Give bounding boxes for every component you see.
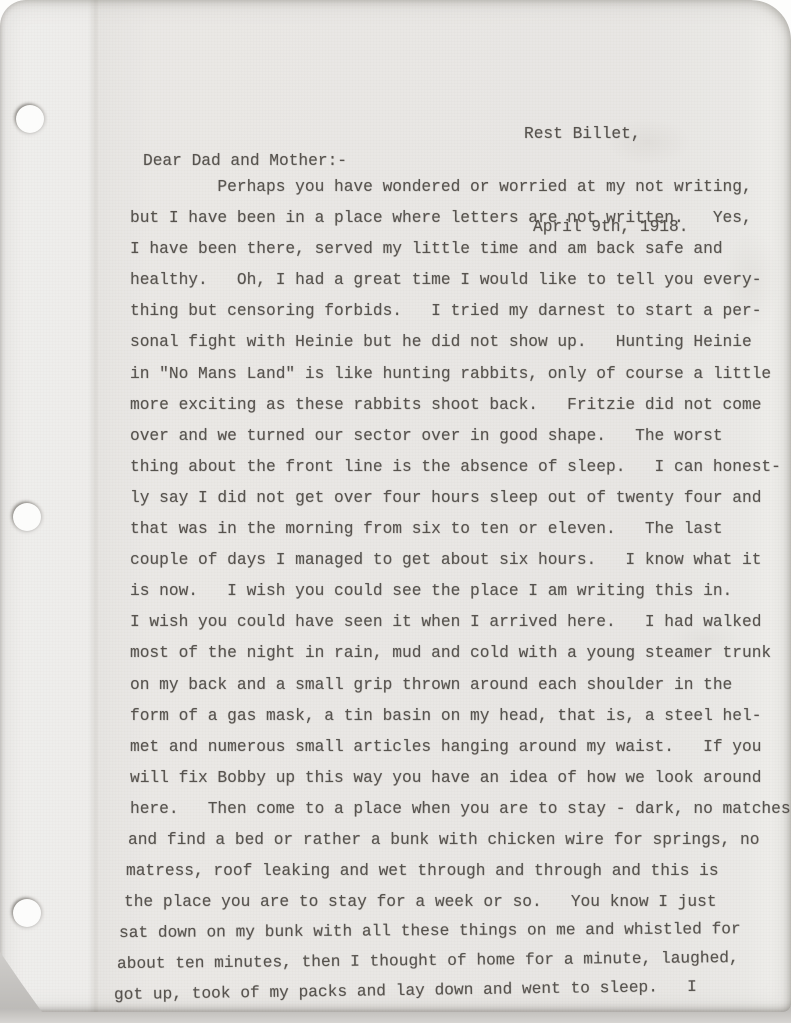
letter-line: will fix Bobby up this way you have an i…	[130, 763, 791, 794]
letter-body: Perhaps you have wondered or worried at …	[130, 172, 791, 1012]
letter-line: thing but censoring forbids. I tried my …	[130, 296, 791, 327]
letter-line: matress, roof leaking and wet through an…	[126, 856, 791, 887]
punch-hole-bottom	[13, 899, 41, 927]
punch-hole-middle	[13, 503, 41, 531]
letter-line: couple of days I managed to get about si…	[130, 545, 791, 576]
letter-line: and find a bed or rather a bunk with chi…	[128, 825, 791, 856]
letter-line: I have been there, served my little time…	[130, 234, 791, 265]
letter-line: on my back and a small grip thrown aroun…	[130, 670, 791, 701]
letter-line: form of a gas mask, a tin basin on my he…	[130, 701, 791, 732]
letter-line: Perhaps you have wondered or worried at …	[130, 172, 791, 203]
letter-line: met and numerous small articles hanging …	[130, 732, 791, 763]
place-line: Rest Billet,	[524, 119, 688, 150]
letter-line: here. Then come to a place when you are …	[130, 794, 791, 825]
letter-line: over and we turned our sector over in go…	[130, 421, 791, 452]
letter-page: Rest Billet, April 9th, 1918. Dear Dad a…	[0, 0, 791, 1012]
punch-hole-top	[16, 105, 44, 133]
letter-line: most of the night in rain, mud and cold …	[130, 638, 791, 669]
letter-line: that was in the morning from six to ten …	[130, 514, 791, 545]
letter-line: ly say I did not get over four hours sle…	[130, 483, 791, 514]
letter-line: in "No Mans Land" is like hunting rabbit…	[130, 359, 791, 390]
letter-line: I wish you could have seen it when I arr…	[130, 607, 791, 638]
letter-line: sonal fight with Heinie but he did not s…	[130, 327, 791, 358]
letter-line: healthy. Oh, I had a great time I would …	[130, 265, 791, 296]
letter-line: thing about the front line is the absenc…	[130, 452, 791, 483]
letter-line: more exciting as these rabbits shoot bac…	[130, 390, 791, 421]
letter-line: is now. I wish you could see the place I…	[130, 576, 791, 607]
letter-line: but I have been in a place where letters…	[130, 203, 791, 234]
